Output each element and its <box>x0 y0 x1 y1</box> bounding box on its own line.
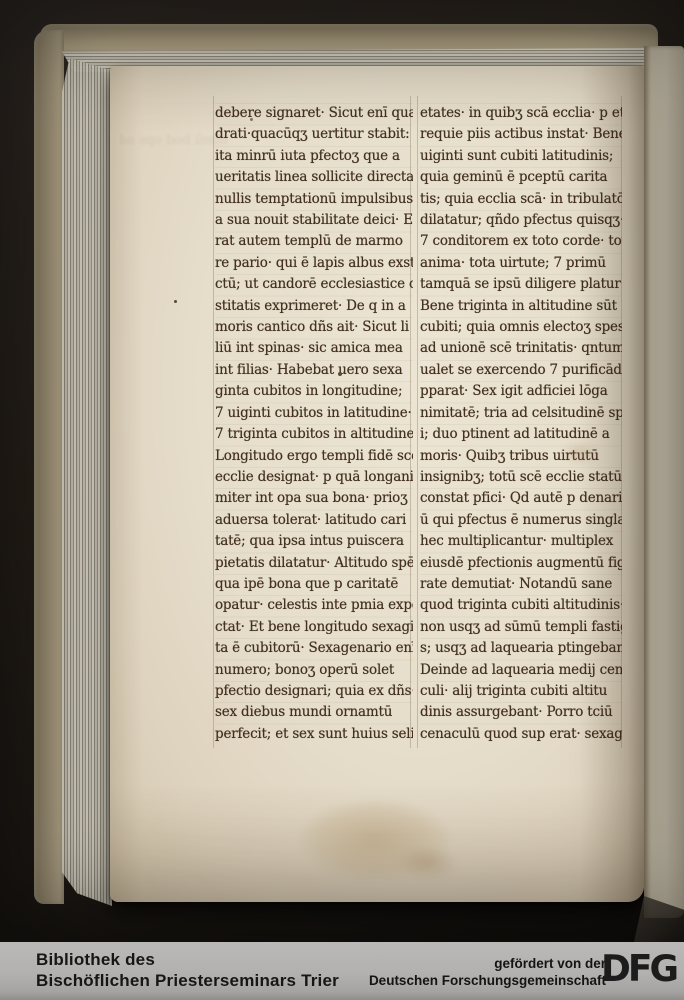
text-line: hec multiplicantur· multiplex <box>420 531 622 552</box>
ink-speck <box>250 118 253 121</box>
text-line: non usqʒ ad sūmū templi fastigiū <box>420 617 622 638</box>
text-line: anima· tota uirtute; 7 primū <box>420 253 622 274</box>
text-line: ginta cubitos in longitudine; <box>215 381 413 402</box>
text-line: opatur· celestis inte pmia expe <box>215 595 413 616</box>
text-line: tatē; qua ipsa intus puiscera <box>215 531 413 552</box>
text-line: stitatis exprimeret· De q in a <box>215 296 413 317</box>
text-line: numero; bonoʒ operū solet <box>215 660 413 681</box>
page-stack-left-edges <box>62 58 112 906</box>
text-line: 7 triginta cubitos in altitudine: <box>215 424 413 445</box>
text-line: re pario· qui ē lapis albus exstru <box>215 253 413 274</box>
text-line: ad unionē scē trinitatis· qntum <box>420 338 622 359</box>
funding-credit: gefördert von der Deutschen Forschungsge… <box>369 955 606 989</box>
footer-bar: Bibliothek des Bischöflichen Priestersem… <box>0 942 684 1000</box>
library-credit-line1: Bibliothek des <box>36 949 339 970</box>
text-line: dinis assurgebant· Porro tciū <box>420 702 622 723</box>
text-line: ctū; ut candorē ecclesiastice ca <box>215 274 413 295</box>
text-line: perfecit; et sex sunt huius seli <box>215 724 413 745</box>
text-line: liū int spinas· sic amica mea <box>215 338 413 359</box>
text-line: Bene triginta in altitudine sūt <box>420 296 622 317</box>
text-line: constat pfici· Qd autē p denari <box>420 488 622 509</box>
text-line: quod triginta cubiti altitudinis· <box>420 595 622 616</box>
text-line: culi· alij triginta cubiti altitu <box>420 681 622 702</box>
text-line: nullis temptationū impulsibus· <box>215 189 413 210</box>
text-line: ualet se exercendo 7 purificādo <box>420 360 622 381</box>
text-line: ctat· Et bene longitudo sexagi <box>215 617 413 638</box>
library-credit-line2: Bischöflichen Priesterseminars Trier <box>36 970 339 991</box>
text-line: sex diebus mundi ornamtū <box>215 702 413 723</box>
ink-speck <box>174 300 177 303</box>
text-line: ueritatis linea sollicite directa ē· <box>215 167 413 188</box>
text-line: eiusdē pfectionis augmentū figu <box>420 553 622 574</box>
text-line: etates· in quibʒ scā ecclia· p etna <box>420 103 622 124</box>
text-line: miter int opa sua bona· prioʒ <box>215 488 413 509</box>
text-line: ū qui pfectus ē numerus singla <box>420 510 622 531</box>
book-board-left-edge <box>34 30 64 904</box>
parchment-stain <box>398 846 458 880</box>
text-line: ita minrū iuta pfectoʒ que a <box>215 146 413 167</box>
library-credit: Bibliothek des Bischöflichen Priestersem… <box>36 949 339 991</box>
text-line: qua ipē bona que p caritatē <box>215 574 413 595</box>
parchment-stain <box>560 440 600 466</box>
text-line: ta ē cubitorū· Sexagenario enī <box>215 638 413 659</box>
facing-page-gutter <box>644 46 684 918</box>
text-line: rate demutiat· Notandū sane <box>420 574 622 595</box>
text-line: pietatis dilatatur· Altitudo spē <box>215 553 413 574</box>
show-through-text: llīmū bod ops ad qʒ rīs nū <box>118 130 228 730</box>
text-line: requie piis actibus instat· Bene <box>420 124 622 145</box>
text-line: cubiti; quia omnis electoʒ spes· <box>420 317 622 338</box>
text-line: s; usqʒ ad laquearia ptingebant· <box>420 638 622 659</box>
funding-credit-line1: gefördert von der <box>369 955 606 972</box>
text-line: aduersa tolerat· latitudo cari <box>215 510 413 531</box>
text-line: a sua nouit stabilitate deici· E <box>215 210 413 231</box>
text-column-left: debere signaret· Sicut enī quadrati·quac… <box>215 103 413 745</box>
text-line: debere signaret· Sicut enī qua <box>215 103 413 124</box>
ruling-line <box>417 96 418 748</box>
text-line: Longitudo ergo templi fidē scē <box>215 446 413 467</box>
text-line: quia geminū ē pceptū carita <box>420 167 622 188</box>
dfg-logo: DFG <box>601 950 676 991</box>
ink-speck <box>338 372 342 376</box>
text-line: pparat· Sex igit adficiei lōga <box>420 381 622 402</box>
text-line: pfectio designari; quia ex dñs· <box>215 681 413 702</box>
text-line: rat autem templū de marmo <box>215 231 413 252</box>
text-line: nimitatē; tria ad celsitudinē spe <box>420 403 622 424</box>
digitized-manuscript-photo: llīmū bod ops ad qʒ rīs nū debere signar… <box>0 0 684 1000</box>
text-line: cenaculū quod sup erat· sexagin <box>420 724 622 745</box>
text-line: Deinde ad laquearia medij cena <box>420 660 622 681</box>
text-line: drati·quacūqʒ uertitur stabit: <box>215 124 413 145</box>
text-line: tamquā se ipsū diligere platur· <box>420 274 622 295</box>
text-line: tis; quia ecclia scā· in tribulatōe <box>420 189 622 210</box>
text-line: int filias· Habebat uero sexa <box>215 360 413 381</box>
funding-credit-line2: Deutschen Forschungsgemeinschaft <box>369 972 606 989</box>
text-line: insignibʒ; totū scē ecclie statū <box>420 467 622 488</box>
text-line: dilatatur; qñdo pfectus quisqʒ· <box>420 210 622 231</box>
text-line: ecclie designat· p quā longani <box>215 467 413 488</box>
text-line: 7 uiginti cubitos in latitudine· <box>215 403 413 424</box>
text-line: uiginti sunt cubiti latitudinis; <box>420 146 622 167</box>
text-line: moris cantico dñs ait· Sicut li <box>215 317 413 338</box>
text-column-right: etates· in quibʒ scā ecclia· p etnarequi… <box>420 103 622 745</box>
text-line: 7 conditorem ex toto corde· tota <box>420 231 622 252</box>
